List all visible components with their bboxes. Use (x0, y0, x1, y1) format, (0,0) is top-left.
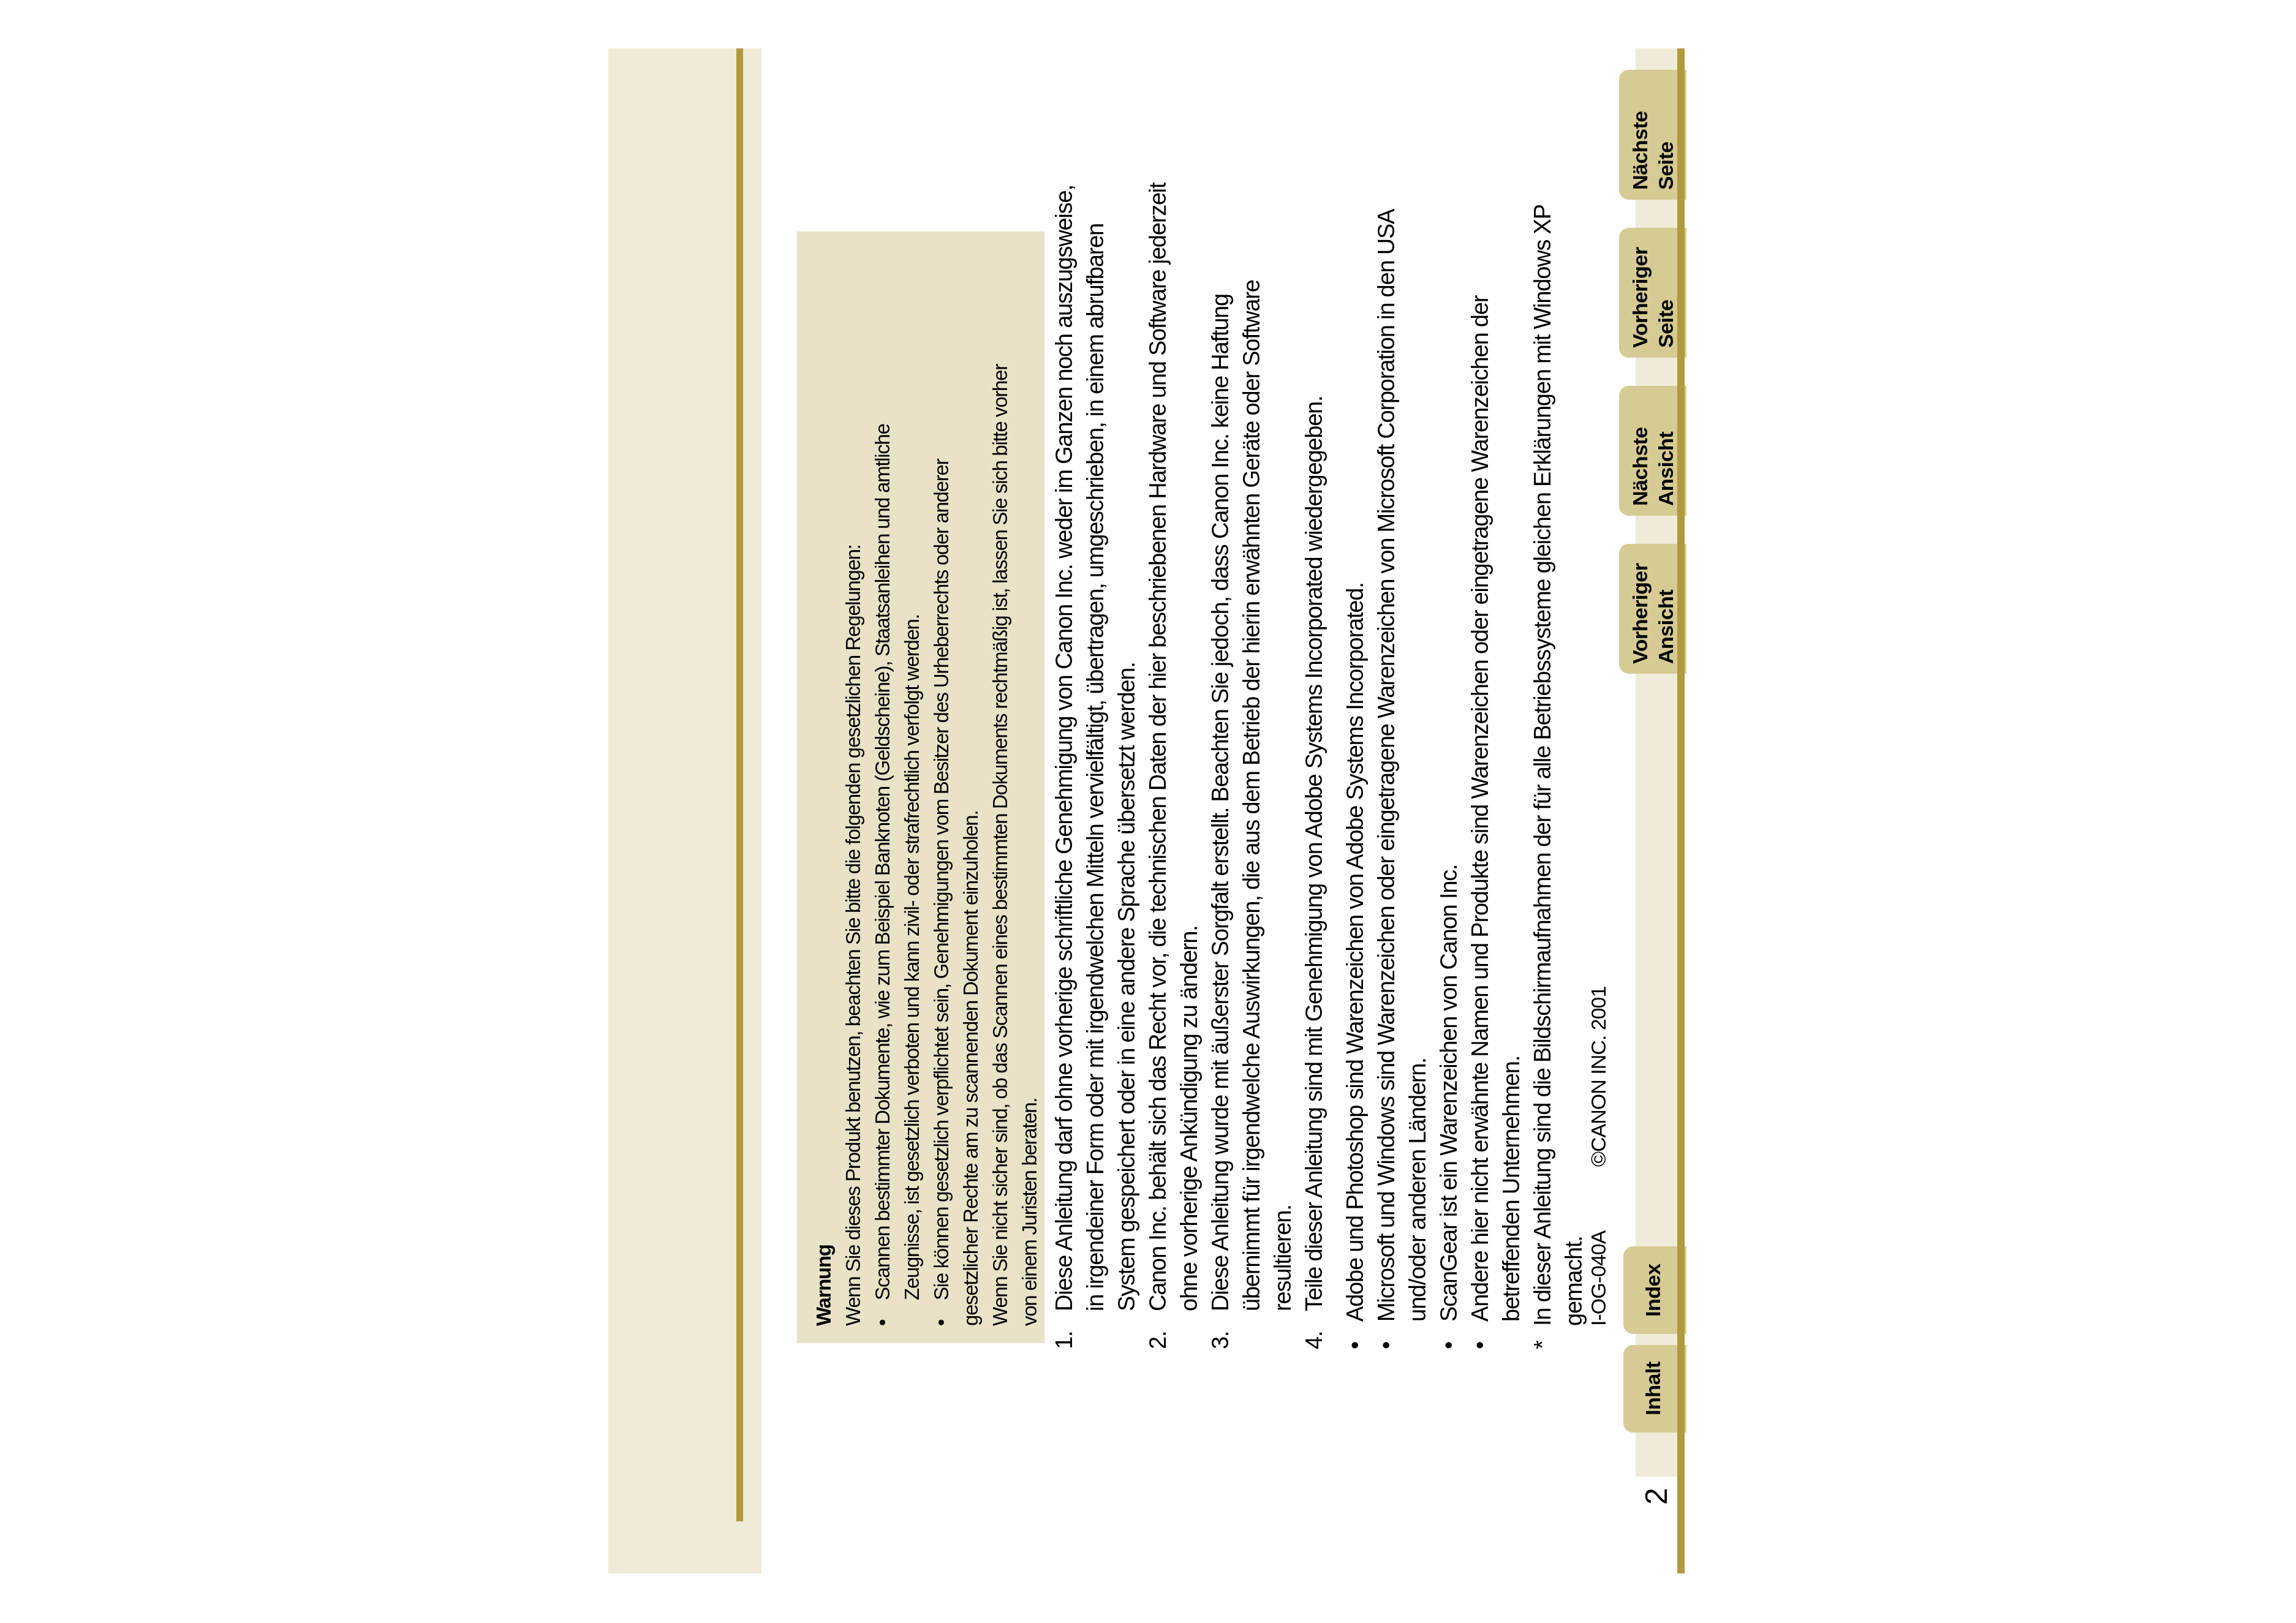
warning-line: • Sie können gesetzlich verpflichtet sei… (927, 246, 956, 1326)
header-rule (736, 48, 743, 1521)
warning-lines: Wenn Sie dieses Produkt benutzen, beacht… (839, 246, 1044, 1326)
list-marker: 2. (1143, 1331, 1174, 1349)
nav-tab-label-line1: Vorheriger (1628, 228, 1653, 348)
body-line: 2. Canon Inc. behält sich das Recht vor,… (1143, 69, 1174, 1349)
body-line: • ScanGear ist ein Warenzeichen von Cano… (1434, 69, 1465, 1349)
tab-vorheriger-ansicht[interactable]: Vorheriger Ansicht (1619, 544, 1686, 674)
body-line: gemacht. (1559, 69, 1590, 1349)
body-line: System gespeichert oder in eine andere S… (1112, 69, 1143, 1349)
warning-title: Warnung (809, 246, 839, 1326)
nav-tab-label-line2: Ansicht (1653, 544, 1679, 664)
list-marker: 3. (1206, 1331, 1237, 1349)
nav-tab-label-line1: Nächste (1628, 386, 1653, 506)
manual-page: Warnung Wenn Sie dieses Produkt benutzen… (608, 48, 1685, 1573)
list-marker: • (1434, 1342, 1465, 1349)
body-line: und/oder anderen Ländern. (1403, 69, 1434, 1349)
tab-naechste-ansicht[interactable]: Nächste Ansicht (1619, 386, 1686, 516)
credit-line: I-OG-040A ©CANON INC. 2001 (1587, 48, 1614, 1573)
body-line: 4. Teile dieser Anleitung sind mit Geneh… (1299, 69, 1331, 1349)
nav-tab-label-line1: Nächste (1628, 70, 1653, 190)
footer-tab-label: Index (1642, 1264, 1665, 1317)
nav-tab-label-line1: Vorheriger (1628, 544, 1653, 664)
body-line: • Andere hier nicht erwähnte Namen und P… (1465, 69, 1497, 1349)
warning-line: Zeugnisse, ist gesetzlich verboten und k… (897, 246, 927, 1326)
body-line: 1. Diese Anleitung darf ohne vorherige s… (1049, 69, 1081, 1349)
page-number: 2 (1639, 1488, 1674, 1505)
list-marker: 1. (1049, 1331, 1081, 1349)
body-line: in irgendeiner Form oder mit irgendwelch… (1081, 69, 1112, 1349)
list-marker: * (1528, 1341, 1559, 1349)
body-line: 3. Diese Anleitung wurde mit äußerster S… (1206, 69, 1237, 1349)
warning-line: Wenn Sie dieses Produkt benutzen, beacht… (839, 246, 868, 1326)
body-text: 1. Diese Anleitung darf ohne vorherige s… (1049, 69, 1590, 1349)
copyright-notice: ©CANON INC. 2001 (1587, 987, 1611, 1167)
nav-tab-label-line2: Ansicht (1653, 386, 1679, 506)
body-line: • Microsoft und Windows sind Warenzeiche… (1372, 69, 1403, 1349)
tab-vorheriger-seite[interactable]: Vorheriger Seite (1619, 228, 1686, 358)
body-line: betreffenden Unternehmen. (1497, 69, 1528, 1349)
warning-line: Wenn Sie nicht sicher sind, ob das Scann… (986, 246, 1015, 1326)
nav-tab-label-line2: Seite (1653, 70, 1679, 190)
doc-code: I-OG-040A (1587, 1231, 1611, 1326)
warning-line: gesetzlicher Rechte am zu scannenden Dok… (956, 246, 986, 1326)
pdf-viewport: Warnung Wenn Sie dieses Produkt benutzen… (0, 0, 2296, 1623)
warning-line: von einem Juristen beraten. (1015, 246, 1044, 1326)
bullet-marker-icon: • (927, 1320, 956, 1326)
body-line: • Adobe und Photoshop sind Warenzeichen … (1340, 69, 1372, 1349)
tab-naechste-seite[interactable]: Nächste Seite (1619, 70, 1686, 200)
list-marker: 4. (1299, 1331, 1331, 1349)
footer-rule (1677, 48, 1685, 1573)
warning-box: Warnung Wenn Sie dieses Produkt benutzen… (797, 232, 1044, 1343)
list-marker: • (1465, 1342, 1497, 1349)
list-marker: • (1340, 1342, 1372, 1349)
footer-tab-label: Inhalt (1642, 1361, 1665, 1415)
body-line: übernimmt für irgendwelche Auswirkungen,… (1237, 69, 1268, 1349)
body-line: ohne vorherige Ankündigung zu ändern. (1174, 69, 1206, 1349)
body-line: * In dieser Anleitung sind die Bildschir… (1528, 69, 1559, 1349)
body-line: resultieren. (1268, 69, 1299, 1349)
bullet-marker-icon: • (868, 1320, 897, 1326)
warning-line: • Scannen bestimmter Dokumente, wie zum … (868, 246, 897, 1326)
list-marker: • (1372, 1342, 1403, 1349)
nav-tab-label-line2: Seite (1653, 228, 1679, 348)
